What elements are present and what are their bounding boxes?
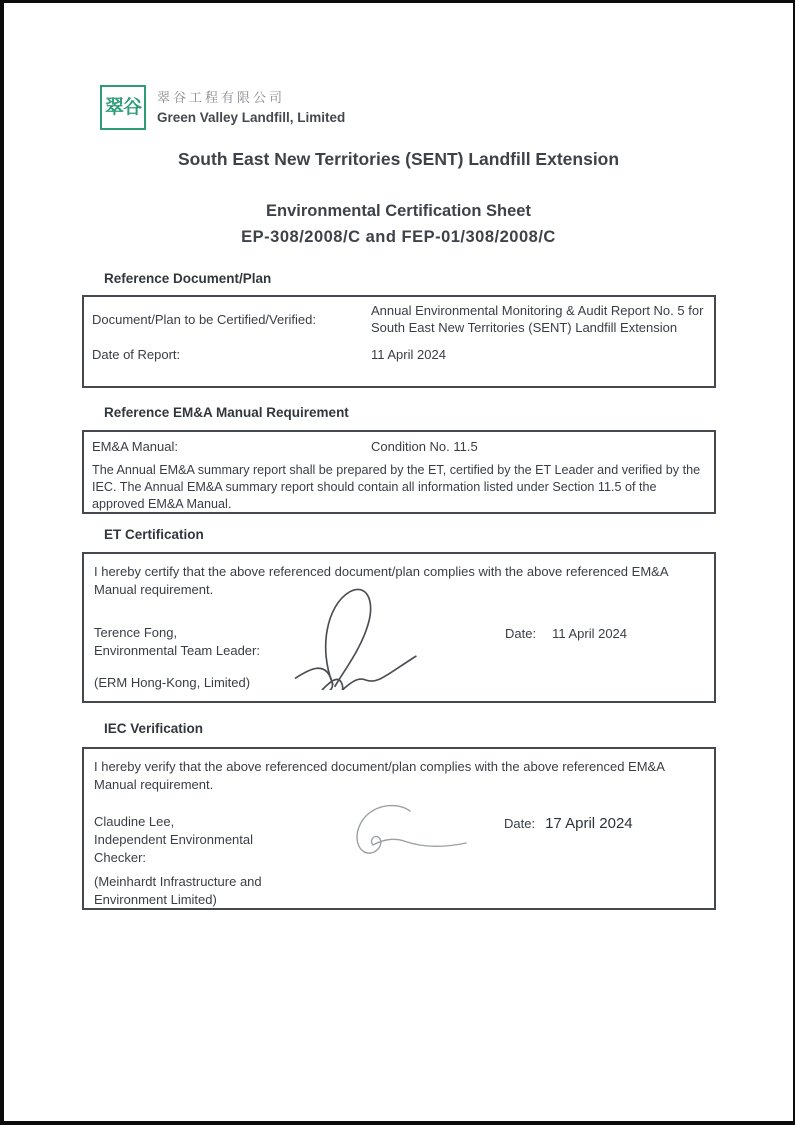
field-value-ema-manual: Condition No. 11.5 bbox=[371, 438, 706, 455]
iec-verification-statement: I hereby verify that the above reference… bbox=[94, 758, 686, 794]
iec-verification-box: I hereby verify that the above reference… bbox=[82, 747, 716, 910]
et-signer-title: Environmental Team Leader: bbox=[94, 642, 304, 660]
ema-manual-requirement-text: The Annual EM&A summary report shall be … bbox=[92, 462, 708, 512]
et-signer-block: Terence Fong, Environmental Team Leader: bbox=[94, 624, 304, 660]
section-heading-iec-verification: IEC Verification bbox=[104, 721, 203, 736]
table-row: Date of Report: 11 April 2024 bbox=[92, 346, 706, 363]
company-logo: 翠谷 bbox=[100, 85, 146, 130]
field-label-date-of-report: Date of Report: bbox=[92, 347, 371, 362]
iec-date-label: Date: bbox=[504, 816, 535, 831]
company-names: 翠谷工程有限公司 Green Valley Landfill, Limited bbox=[157, 85, 345, 125]
table-row: EM&A Manual: Condition No. 11.5 bbox=[92, 438, 706, 455]
iec-signer-block: Claudine Lee, Independent Environmental … bbox=[94, 813, 289, 867]
company-header: 翠谷 翠谷工程有限公司 Green Valley Landfill, Limit… bbox=[100, 85, 345, 130]
page-subtitle: Environmental Certification Sheet bbox=[4, 202, 793, 221]
field-value-date-of-report: 11 April 2024 bbox=[371, 346, 706, 363]
permit-numbers: EP-308/2008/C and FEP-01/308/2008/C bbox=[4, 228, 793, 247]
iec-date-row: Date: 17 April 2024 bbox=[504, 815, 633, 832]
document-page: 翠谷 翠谷工程有限公司 Green Valley Landfill, Limit… bbox=[0, 0, 795, 1125]
company-name-english: Green Valley Landfill, Limited bbox=[157, 110, 345, 125]
reference-document-box: Document/Plan to be Certified/Verified: … bbox=[82, 295, 716, 388]
logo-chinese-characters-icon: 翠谷 bbox=[105, 98, 141, 117]
iec-signer-company: (Meinhardt Infrastructure and Environmen… bbox=[94, 873, 312, 909]
field-value-document-plan: Annual Environmental Monitoring & Audit … bbox=[371, 302, 706, 336]
et-leader-signature bbox=[280, 580, 420, 690]
et-certification-box: I hereby certify that the above referenc… bbox=[82, 552, 716, 703]
et-signer-name: Terence Fong, bbox=[94, 624, 304, 642]
page-title: South East New Territories (SENT) Landfi… bbox=[4, 149, 793, 170]
field-label-document-plan: Document/Plan to be Certified/Verified: bbox=[92, 312, 371, 327]
et-date-label: Date: bbox=[505, 626, 536, 641]
reference-manual-box: EM&A Manual: Condition No. 11.5 The Annu… bbox=[82, 430, 716, 514]
iec-date-value: 17 April 2024 bbox=[545, 815, 633, 832]
section-heading-reference-document: Reference Document/Plan bbox=[104, 271, 271, 286]
section-heading-et-certification: ET Certification bbox=[104, 527, 204, 542]
section-heading-reference-manual: Reference EM&A Manual Requirement bbox=[104, 405, 349, 420]
field-label-ema-manual: EM&A Manual: bbox=[92, 439, 371, 454]
iec-checker-signature bbox=[320, 799, 470, 864]
et-date-row: Date: 11 April 2024 bbox=[505, 626, 627, 641]
iec-signer-name: Claudine Lee, bbox=[94, 813, 289, 831]
table-row: Document/Plan to be Certified/Verified: … bbox=[92, 302, 706, 336]
company-name-chinese: 翠谷工程有限公司 bbox=[157, 87, 345, 106]
et-date-value: 11 April 2024 bbox=[552, 626, 627, 641]
iec-signer-title: Independent Environmental Checker: bbox=[94, 831, 289, 867]
